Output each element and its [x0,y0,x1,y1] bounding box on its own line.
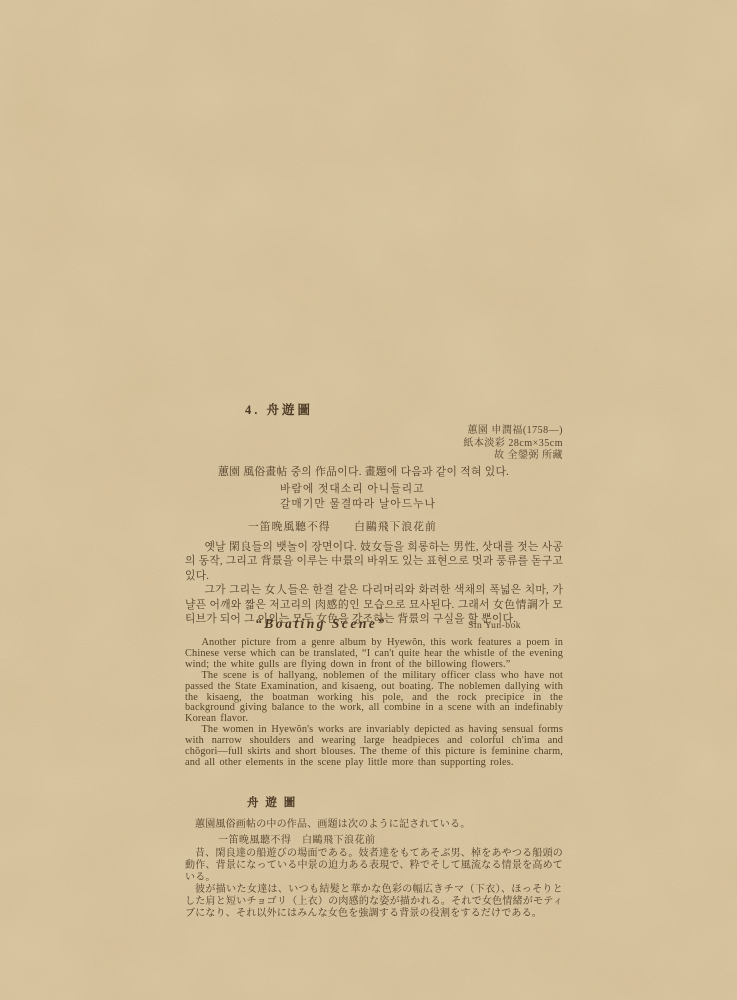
japanese-title: 舟 遊 圖 [247,794,563,810]
korean-section: 4. 舟遊圖 蕙園 申潤福(1758—) 紙本淡彩 28cm×35cm 故 全鎣… [185,400,563,627]
english-paragraph: The scene is of hallyang, noblemen of th… [185,671,563,726]
korean-poem: 바람에 젓대소리 아니들리고 갈매기만 물결따라 날아드누나 [280,482,563,512]
english-section: “Boating Scene” Sin Yun-bok Another pict… [185,616,563,769]
artist-byline: Sin Yun-bok [468,621,521,631]
catalog-entry-title: 4. 舟遊圖 [245,400,563,418]
credit-artist: 蕙園 申潤福(1758—) [185,425,563,438]
credit-medium: 紙本淡彩 28cm×35cm [185,438,563,451]
korean-paragraph: 옛날 閑良들의 뱃놀이 장면이다. 妓女들을 희롱하는 男性, 삿대를 젓는 사… [185,540,563,584]
poem-line: 바람에 젓대소리 아니들리고 [280,482,563,497]
english-paragraph: Another picture from a genre album by Hy… [185,638,563,671]
korean-intro-line: 蕙園 風俗畫帖 중의 作品이다. 畫題에 다음과 같이 적혀 있다. [218,466,563,479]
japanese-section: 舟 遊 圖 蕙園風俗画帖の中の作品、画題は次のように記されている。 一笛晚風聽不… [185,794,563,920]
scanned-book-page: 4. 舟遊圖 蕙園 申潤福(1758—) 紙本淡彩 28cm×35cm 故 全鎣… [0,0,737,1000]
chinese-verse: 一笛晚風聽不得 白鷗飛下浪花前 [248,519,563,534]
chinese-verse: 一笛晚風聽不得 白鷗飛下浪花前 [218,831,563,846]
japanese-paragraph: 昔、閑良達の船遊びの場面である。妓者達をもてあそぶ男、棹をあやつる船頭の動作、背… [185,848,563,884]
english-heading-row: “Boating Scene” Sin Yun-bok [185,616,563,632]
japanese-paragraph: 彼が描いた女達は、いつも結髪と華かな色彩の幅広きチマ（下衣）、ほっそりとした肩と… [185,884,563,920]
artwork-credit: 蕙園 申潤福(1758—) 紙本淡彩 28cm×35cm 故 全鎣弼 所藏 [185,425,563,463]
poem-line: 갈매기만 물결따라 날아드누나 [280,497,563,512]
english-title: “Boating Scene” [255,616,387,632]
japanese-intro-line: 蕙園風俗画帖の中の作品、画題は次のように記されている。 [195,818,563,831]
english-paragraph: The women in Hyewŏn's works are invariab… [185,725,563,769]
credit-collection: 故 全鎣弼 所藏 [185,450,563,463]
